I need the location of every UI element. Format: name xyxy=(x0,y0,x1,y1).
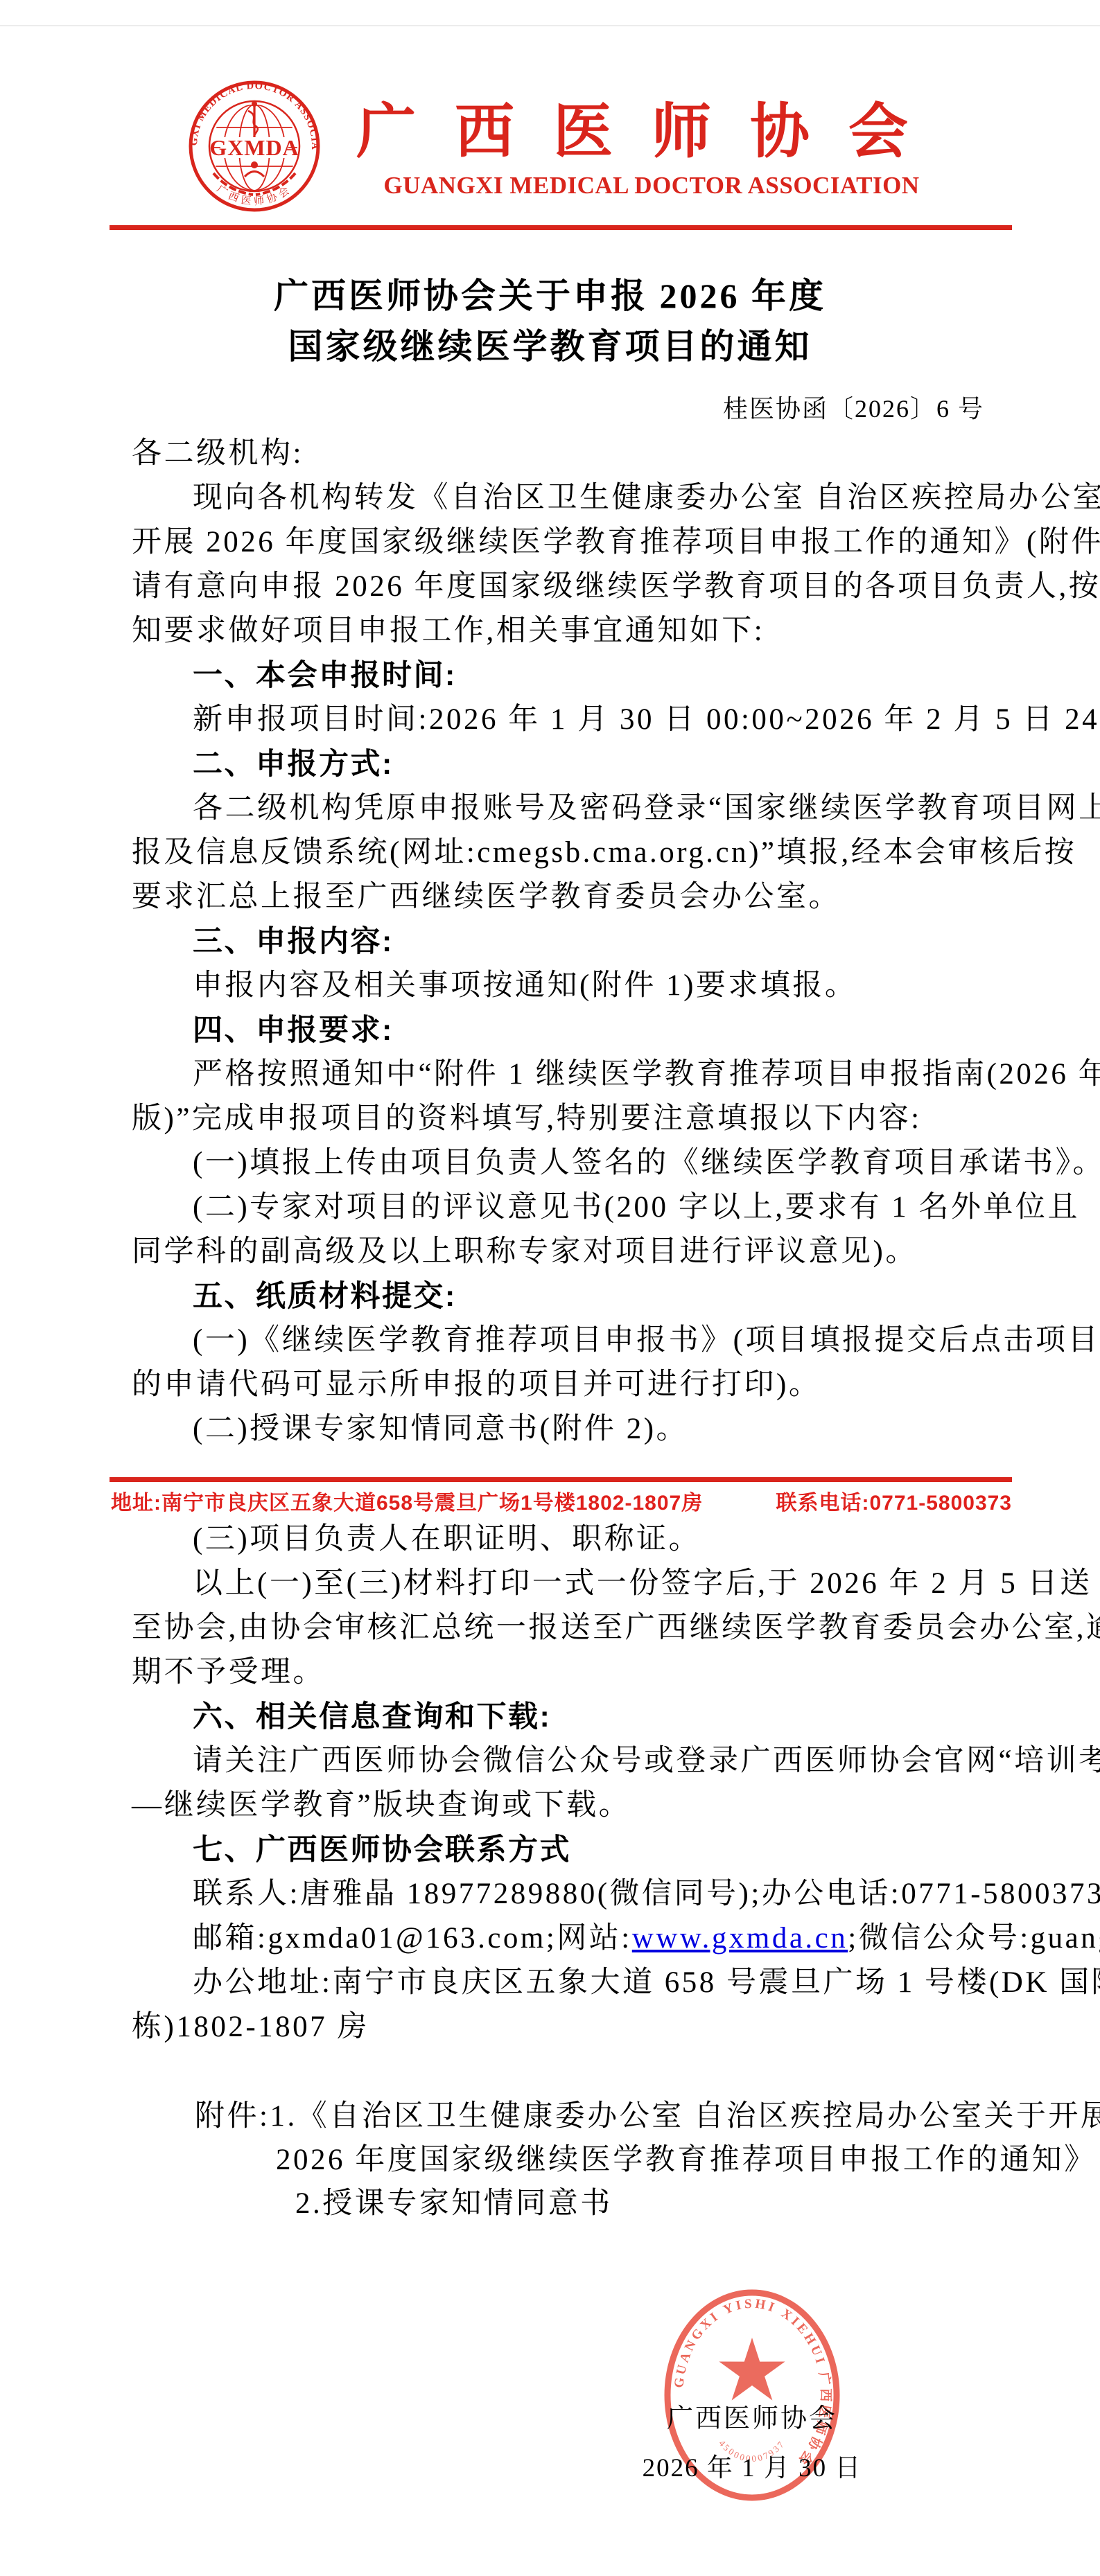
body-line: 联系人:唐雅晶 18977289880(微信同号);办公电话:0771-5800… xyxy=(132,1872,991,1916)
body-line: 2026 年度国家级继续医学教育推荐项目申报工作的通知》 xyxy=(132,2138,991,2182)
body-line: 各二级机构: xyxy=(132,432,991,476)
body-line: 以上(一)至(三)材料打印一式一份签字后,于 2026 年 2 月 5 日送 xyxy=(132,1562,991,1606)
body-line: 附件:1.《自治区卫生健康委办公室 自治区疾控局办公室关于开展 xyxy=(132,2094,991,2138)
section-heading: 七、广西医师协会联系方式 xyxy=(132,1828,991,1872)
body-line: 同学科的副高级及以上职称专家对项目进行评议意见)。 xyxy=(132,1230,991,1274)
body-line: 知要求做好项目申报工作,相关事宜通知如下: xyxy=(132,609,991,653)
body-line: (二)专家对项目的评议意见书(200 字以上,要求有 1 名外单位且 xyxy=(132,1185,991,1230)
notice-document-page: GUANGXI MEDICAL DOCTOR ASSOCIATION 广西医师协… xyxy=(0,0,1100,2576)
section-heading: 二、申报方式: xyxy=(132,742,991,786)
body-line: 版)”完成申报项目的资料填写,特别要注意填报以下内容: xyxy=(132,1097,991,1141)
body-text: 邮箱:gxmda01@163.com;网站: xyxy=(193,1922,632,1955)
section-heading: 四、申报要求: xyxy=(132,1008,991,1052)
signature-org-name: 广西医师协会 xyxy=(631,2403,873,2435)
header-divider-rule xyxy=(110,225,1012,230)
body-line: 各二级机构凭原申报账号及密码登录“国家继续医学教育项目网上申 xyxy=(132,786,991,831)
section-heading: 三、申报内容: xyxy=(132,919,991,964)
body-line: (一)《继续医学教育推荐项目申报书》(项目填报提交后点击项目 xyxy=(132,1318,991,1363)
document-number: 桂医协函〔2026〕6 号 xyxy=(132,392,984,425)
body-line: —继续医学教育”版块查询或下载。 xyxy=(132,1783,991,1828)
body-line: 开展 2026 年度国家级继续医学教育推荐项目申报工作的通知》(附件 1), xyxy=(132,520,991,565)
document-title-line2: 国家级继续医学教育项目的通知 xyxy=(0,321,1100,372)
body-line: 栋)1802-1807 房 xyxy=(132,2005,991,2049)
body-line: 请关注广西医师协会微信公众号或登录广西医师协会官网“培训考核 xyxy=(132,1739,991,1783)
body-line: 办公地址:南宁市良庆区五象大道 658 号震旦广场 1 号楼(DK 国际 1 xyxy=(132,1961,991,2005)
body-line: 请有意向申报 2026 年度国家级继续医学教育项目的各项目负责人,按照通 xyxy=(132,565,991,609)
body-line: 至协会,由协会审核汇总统一报送至广西继续医学教育委员会办公室,逾 xyxy=(132,1606,991,1650)
body-line: 严格按照通知中“附件 1 继续医学教育推荐项目申报指南(2026 年 xyxy=(132,1052,991,1097)
document-title: 广西医师协会关于申报 2026 年度 国家级继续医学教育项目的通知 xyxy=(0,271,1100,372)
signature-date: 2026 年 1 月 30 日 xyxy=(627,2453,877,2485)
body-line: 邮箱:gxmda01@163.com;网站:www.gxmda.cn;微信公众号… xyxy=(132,1916,991,1961)
document-title-line1: 广西医师协会关于申报 2026 年度 xyxy=(0,271,1100,321)
body-section-page1: 各二级机构:现向各机构转发《自治区卫生健康委办公室 自治区疾控局办公室关于开展 … xyxy=(132,432,991,1452)
body-line: 申报内容及相关事项按通知(附件 1)要求填报。 xyxy=(132,964,991,1008)
page-footer-strip: 地址:南宁市良庆区五象大道658号震旦广场1号楼1802-1807房 联系电话:… xyxy=(111,1490,1012,1517)
org-name-cn: 广西医师协会 xyxy=(333,97,970,166)
body-line: 报及信息反馈系统(网址:cmegsb.cma.org.cn)”填报,经本会审核后… xyxy=(132,831,991,875)
body-line: (三)项目负责人在职证明、职称证。 xyxy=(132,1517,991,1562)
body-line: 2.授课专家知情同意书 xyxy=(132,2182,991,2225)
body-section-page2: (三)项目负责人在职证明、职称证。以上(一)至(三)材料打印一式一份签字后,于 … xyxy=(132,1517,991,2049)
figure-icon xyxy=(245,161,264,177)
section-heading: 五、纸质材料提交: xyxy=(132,1274,991,1318)
section-heading: 一、本会申报时间: xyxy=(132,653,991,698)
body-line: (二)授课专家知情同意书(附件 2)。 xyxy=(132,1407,991,1452)
body-text: ;微信公众号:guangximda xyxy=(848,1922,1100,1955)
body-line: (一)填报上传由项目负责人签名的《继续医学教育项目承诺书》。 xyxy=(132,1141,991,1185)
body-line: 期不予受理。 xyxy=(132,1650,991,1695)
gxmda-logo-icon: GUANGXI MEDICAL DOCTOR ASSOCIATION 广西医师协… xyxy=(187,79,322,213)
body-line: 要求汇总上报至广西继续医学教育委员会办公室。 xyxy=(132,875,991,919)
attachments-list: 附件:1.《自治区卫生健康委办公室 自治区疾控局办公室关于开展2026 年度国家… xyxy=(132,2094,991,2225)
seal-star-icon xyxy=(719,2338,785,2401)
org-name-en: GUANGXI MEDICAL DOCTOR ASSOCIATION xyxy=(333,172,970,200)
logo-acronym: GXMDA xyxy=(209,135,299,160)
footer-divider-rule xyxy=(110,1477,1012,1482)
page-top-border xyxy=(0,25,1100,26)
footer-address: 地址:南宁市良庆区五象大道658号震旦广场1号楼1802-1807房 xyxy=(111,1490,703,1517)
body-line: 新申报项目时间:2026 年 1 月 30 日 00:00~2026 年 2 月… xyxy=(132,698,991,742)
website-link[interactable]: www.gxmda.cn xyxy=(632,1922,848,1955)
body-line: 的申请代码可显示所申报的项目并可进行打印)。 xyxy=(132,1363,991,1407)
body-line: 现向各机构转发《自治区卫生健康委办公室 自治区疾控局办公室关于 xyxy=(132,476,991,520)
section-heading: 六、相关信息查询和下载: xyxy=(132,1695,991,1739)
footer-phone: 联系电话:0771-5800373 xyxy=(776,1490,1012,1517)
